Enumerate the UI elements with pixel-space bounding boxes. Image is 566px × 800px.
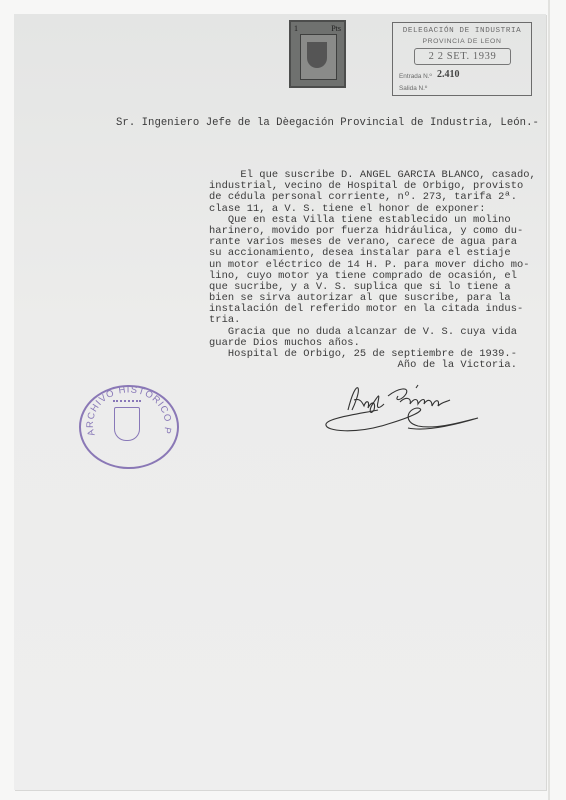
entry-number: 2.410 [437,69,460,80]
registry-office: DELEGACIÓN DE INDUSTRIA [393,27,531,35]
stamp-value-right: Pts [331,24,341,33]
addressee-line: Sr. Ingeniero Jefe de la Dèegación Provi… [116,118,539,129]
body-line: de cédula personal corriente, nº. 273, t… [209,192,536,203]
registry-entry: Entrada N.º 2.410 [399,73,432,80]
body-line: instalación del referido motor en la cit… [209,304,536,315]
body-line: tria. [209,315,536,326]
registry-province: PROVINCIA DE LEON [393,38,531,45]
signature [318,380,488,445]
archive-seal: ARCHIVO HISTÓRICO PROVINCIAL · LEON · [79,385,179,469]
registry-stamp: DELEGACIÓN DE INDUSTRIA PROVINCIA DE LEO… [392,22,532,96]
registry-exit: Salida N.º [399,85,427,92]
letter-body: El que suscribe D. ANGEL GARCIA BLANCO, … [209,170,536,371]
body-line: un motor eléctrico de 14 H. P. para move… [209,260,536,271]
stamp-value-left: 1 [294,24,298,33]
body-line: su accionamiento, desea instalar para el… [209,248,536,259]
scan-edge [548,0,550,800]
fiscal-stamp: 1 Pts [289,20,346,88]
registry-date: 2 2 SET. 1939 [414,48,511,65]
signature-icon [318,380,488,440]
body-line: Año de la Victoria. [209,360,536,371]
shield-icon [307,42,327,68]
exit-label: Salida N.º [399,85,427,92]
entry-label: Entrada N.º [399,73,432,80]
coat-of-arms-icon [114,407,140,441]
